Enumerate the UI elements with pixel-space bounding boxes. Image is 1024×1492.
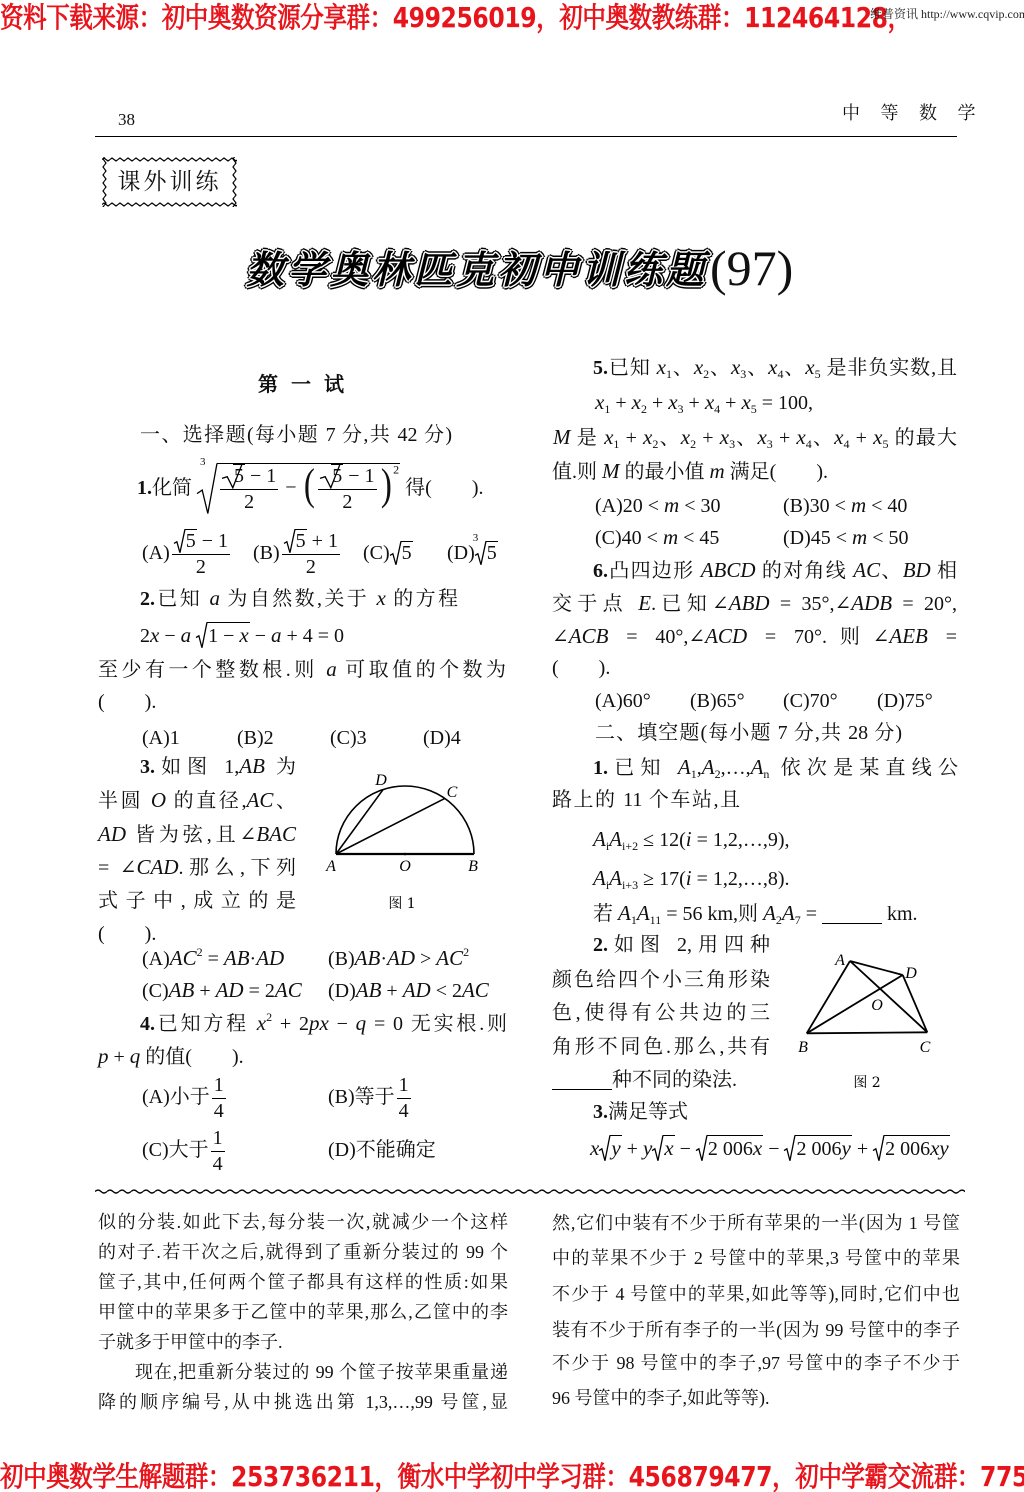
math-variable: AB bbox=[355, 946, 381, 970]
q2-option-a: (A)1 bbox=[142, 726, 180, 750]
text-run: 1 bbox=[399, 1074, 409, 1096]
text-run: ,…, bbox=[721, 757, 751, 779]
continuation-left-line-7: 降的顺序编号,从中挑选出第 1,3,…,99 号筐,显 bbox=[98, 1391, 508, 1413]
q5-line-4: 值.则 M 的最小值 m 满足( ). bbox=[552, 459, 828, 484]
text-run: (C)大于 bbox=[142, 1139, 209, 1161]
text-run: (D)45 < bbox=[783, 527, 852, 549]
text-run: 5 bbox=[402, 542, 412, 564]
text-run: 2 bbox=[342, 491, 352, 513]
label-point-b: B bbox=[468, 858, 478, 875]
text-run: 的直径, bbox=[166, 790, 247, 812]
text-run: 的最小值 bbox=[620, 461, 710, 483]
q3-option-d: (D)AB + AD < 2AC bbox=[328, 978, 489, 1003]
text-run: 2 bbox=[306, 556, 316, 578]
text-run: + 4 = 0 bbox=[282, 625, 345, 647]
journal-title: 中 等 数 学 bbox=[842, 102, 984, 124]
f2-line-3: 色,使得有公共边的三 bbox=[552, 1001, 770, 1025]
text-run: 凸四边形 bbox=[608, 560, 701, 582]
text-run: + bbox=[720, 392, 741, 414]
diagonal-bd bbox=[807, 975, 903, 1033]
math-variable: x bbox=[805, 355, 814, 379]
radicand: 2 006xy bbox=[884, 1135, 950, 1161]
math-variable: x bbox=[741, 390, 750, 414]
math-variable: y bbox=[643, 1136, 652, 1160]
q1-stem: 1.化简 5 − 12 − (5 − 12)23 得( ). bbox=[137, 458, 483, 518]
math-variable: AC bbox=[247, 788, 274, 812]
text-run: 如图 2,用四种 bbox=[608, 934, 770, 956]
fraction: 5 − 12 bbox=[172, 529, 230, 579]
column-tag-label: 课外训练 bbox=[102, 157, 237, 207]
q3-line-5: 式子中,成立的是 bbox=[98, 889, 296, 913]
math-variable: px bbox=[309, 1011, 329, 1035]
text-run: 4 bbox=[214, 1100, 224, 1122]
figure-2-quadrilateral-diagram: A D O B C 图 2 bbox=[790, 945, 950, 1095]
math-variable: BD bbox=[903, 558, 931, 582]
math-variable: A bbox=[618, 901, 631, 925]
math-variable: x bbox=[239, 623, 248, 647]
figure-1-caption: 图 1 bbox=[388, 896, 415, 912]
radical-sign-icon bbox=[696, 1135, 707, 1161]
math-variable: x bbox=[590, 1136, 599, 1160]
item-number: 3. bbox=[593, 1101, 608, 1123]
text-run: = 1,2,…,9), bbox=[692, 829, 790, 851]
text-run: (C) bbox=[363, 542, 390, 564]
math-variable: ADB bbox=[851, 591, 892, 615]
text-run: 、 bbox=[746, 357, 768, 379]
text-run: − 1 bbox=[197, 530, 228, 552]
q4-line-1: 4.已知方程 x2 + 2px − q = 0 无实根.则 bbox=[140, 1011, 507, 1036]
math-variable: A bbox=[609, 827, 622, 851]
text-run: 至少有一个整数根.则 bbox=[98, 659, 326, 681]
q4-line-2: p + q 的值( ). bbox=[98, 1044, 244, 1069]
math-variable: x bbox=[694, 355, 703, 379]
source-stamp: 维普资讯 http://www.cqvip.com bbox=[870, 7, 1024, 21]
text-run: 、 bbox=[709, 357, 731, 379]
text-run: < 50 bbox=[867, 527, 908, 549]
math-variable: AB bbox=[239, 754, 265, 778]
math-variable: AD bbox=[387, 946, 415, 970]
continuation-right-line-3: 不少于 4 号筐中的苹果,如此等等),同时,它们中也 bbox=[552, 1283, 960, 1305]
text-run: − 1 bbox=[245, 465, 276, 487]
math-variable: x bbox=[753, 1136, 762, 1160]
edge-bc bbox=[807, 1032, 928, 1033]
text-run: ≥ 17( bbox=[638, 868, 686, 890]
math-variable: ABD bbox=[729, 591, 770, 615]
center-point-o bbox=[404, 853, 407, 856]
math-variable: AC bbox=[853, 558, 880, 582]
radicand: 2 006y bbox=[795, 1135, 851, 1161]
math-variable: ACD bbox=[705, 624, 747, 648]
continuation-right-line-6: 96 号筐中的李子,如此等等). bbox=[552, 1387, 770, 1409]
text-run: + bbox=[619, 427, 643, 449]
text-run: = 40°,∠ bbox=[608, 626, 705, 648]
text-run: km. bbox=[882, 903, 918, 925]
text-run: 是非负实数,且 bbox=[821, 357, 957, 379]
math-variable: A bbox=[637, 901, 650, 925]
watermark-top-banner: 资料下载来源：初中奥数资源分享群：499256019，初中奥数教练群：11246… bbox=[0, 1, 911, 35]
math-variable: AD bbox=[403, 978, 431, 1002]
item-number: 1. bbox=[137, 477, 152, 499]
q3-line-1: 3.如图 1,AB 为 bbox=[140, 754, 296, 779]
q1-option-d: (D)53 bbox=[447, 523, 498, 583]
f2-line-5: 种不同的染法. bbox=[552, 1068, 737, 1092]
text-run: 的对角线 bbox=[756, 560, 854, 582]
text-run: (C)40 < bbox=[595, 527, 663, 549]
text-run: − bbox=[675, 1138, 696, 1160]
math-variable: xy bbox=[930, 1136, 949, 1160]
text-run: = 0 无实根.则 bbox=[366, 1013, 507, 1035]
radical-sign-icon bbox=[475, 541, 486, 565]
math-variable: A bbox=[751, 755, 764, 779]
text-run: 为自然数,关于 bbox=[220, 588, 376, 610]
math-variable: m bbox=[663, 525, 678, 549]
f3-line-1: 3.满足等式 bbox=[593, 1100, 688, 1124]
q4-option-b: (B)等于14 bbox=[328, 1072, 413, 1123]
math-variable: A bbox=[593, 866, 606, 890]
denominator: 4 bbox=[211, 1152, 225, 1176]
text-run: (D) bbox=[328, 980, 356, 1002]
radical-sign-icon bbox=[197, 463, 217, 514]
q5-line-1: 5.已知 x1、x2、x3、x4、x5 是非负实数,且 bbox=[593, 355, 957, 380]
text-run: 若 bbox=[593, 903, 618, 925]
math-variable: y bbox=[611, 1136, 620, 1160]
text-run: 种不同的染法. bbox=[612, 1069, 737, 1091]
root-index: 3 bbox=[200, 457, 206, 468]
q6-option-d: (D)75° bbox=[877, 689, 933, 713]
f2-line-1: 2.如图 2,用四种 bbox=[593, 933, 770, 957]
radical: 1 − x bbox=[196, 622, 250, 648]
text-run: < 30 bbox=[679, 495, 720, 517]
text-run: 式子中,成立的是 bbox=[98, 890, 296, 912]
text-run: 角形不同色.那么,共有 bbox=[552, 1036, 770, 1058]
math-variable: x bbox=[595, 390, 604, 414]
text-run: < 45 bbox=[678, 527, 719, 549]
math-variable: a bbox=[271, 623, 282, 647]
numerator: 1 bbox=[397, 1074, 411, 1099]
text-run: − bbox=[763, 1138, 784, 1160]
fraction: 5 − 12 bbox=[318, 464, 376, 514]
math-variable: A bbox=[593, 827, 606, 851]
text-run: 交于点 bbox=[552, 593, 638, 615]
radical: 5 bbox=[174, 529, 197, 553]
text-run: 4 bbox=[399, 1100, 409, 1122]
text-run: = bbox=[928, 626, 957, 648]
f1-line-1: 1.已知 A1,A2,…,An 依次是某直线公 bbox=[593, 755, 958, 780]
fraction: 5 − 12 bbox=[220, 464, 278, 514]
q5-line-2: x1 + x2 + x3 + x4 + x5 = 100, bbox=[595, 390, 813, 415]
text-run: (C)70° bbox=[783, 690, 838, 712]
label-point-a: A bbox=[834, 952, 845, 969]
q6-answer-paren: ( ). bbox=[552, 656, 610, 680]
fraction: 5 + 12 bbox=[282, 529, 340, 579]
math-variable: x bbox=[257, 1011, 266, 1035]
radical: 53 bbox=[475, 541, 498, 565]
subscript: 11 bbox=[650, 913, 662, 927]
fraction: 14 bbox=[212, 1074, 226, 1123]
q5-option-c: (C)40 < m < 45 bbox=[595, 525, 719, 550]
radical-sign-icon bbox=[784, 1135, 795, 1161]
superscript: 2 bbox=[463, 945, 469, 959]
text-run: 的方程 bbox=[386, 588, 458, 610]
denominator: 4 bbox=[397, 1099, 411, 1123]
text-run: 、 bbox=[783, 357, 805, 379]
round-heading: 第 一 试 bbox=[258, 372, 344, 396]
text-run: 、 bbox=[672, 357, 694, 379]
item-number: 1. bbox=[593, 757, 608, 779]
math-variable: x bbox=[632, 390, 641, 414]
text-run: 4 bbox=[213, 1153, 223, 1175]
header-rule bbox=[95, 136, 957, 137]
multiple-choice-heading: 一、选择题(每小题 7 分,共 42 分) bbox=[140, 423, 452, 447]
continuation-right-line-2: 中的苹果不少于 2 号筐中的苹果,3 号筐中的苹果 bbox=[552, 1247, 960, 1269]
f1-condition-2: AiAi+3 ≥ 17(i = 1,2,…,8). bbox=[593, 866, 790, 891]
text-run: 可取值的个数为 bbox=[337, 659, 506, 681]
radicand: 5 bbox=[401, 541, 413, 565]
continuation-left-line-6: 现在,把重新分装过的 99 个筐子按苹果重量递 bbox=[135, 1361, 508, 1383]
f2-line-4: 角形不同色.那么,共有 bbox=[552, 1035, 770, 1059]
text-run: 如图 1, bbox=[155, 756, 239, 778]
numerator: 5 − 1 bbox=[172, 529, 230, 555]
math-variable: x bbox=[643, 425, 652, 449]
label-point-o: O bbox=[871, 997, 883, 1014]
text-run: + bbox=[684, 392, 705, 414]
text-run: = 100, bbox=[757, 392, 813, 414]
radical: x bbox=[652, 1135, 674, 1161]
math-variable: ABCD bbox=[701, 558, 756, 582]
radical-sign-icon bbox=[652, 1135, 663, 1161]
text-run: ( ). bbox=[98, 923, 156, 945]
text-run: = bbox=[203, 948, 224, 970]
radicand: 5 − 12 − (5 − 12)2 bbox=[217, 463, 400, 514]
text-run: 1 − bbox=[208, 625, 239, 647]
text-run: = bbox=[801, 903, 822, 925]
numerator: 5 + 1 bbox=[282, 529, 340, 555]
text-run: 已知方程 bbox=[155, 1013, 257, 1035]
text-run: (C)3 bbox=[330, 727, 367, 749]
text-run: ∠ bbox=[552, 626, 569, 648]
q3-line-3: AD 皆为弦,且∠BAC bbox=[98, 822, 296, 847]
text-run: 5 bbox=[487, 542, 497, 564]
q5-line-3: M 是 x1 + x2、x2 + x3、x3 + x4、x4 + x5 的最大 bbox=[553, 425, 957, 450]
text-run: (A) bbox=[142, 948, 170, 970]
q6-option-b: (B)65° bbox=[690, 689, 745, 713]
text-run: (A)1 bbox=[142, 727, 180, 749]
text-run: (D)4 bbox=[423, 727, 461, 749]
text-run: (A)20 < bbox=[595, 495, 664, 517]
label-point-o: O bbox=[399, 858, 411, 875]
numerator: 1 bbox=[212, 1074, 226, 1099]
math-variable: AD bbox=[216, 978, 244, 1002]
radical-sign-icon bbox=[222, 464, 242, 488]
f2-line-2: 颜色给四个小三角形染 bbox=[552, 968, 770, 992]
article-issue-number: (97) bbox=[710, 240, 793, 296]
math-variable: x bbox=[720, 425, 729, 449]
math-variable: A bbox=[702, 755, 715, 779]
text-run: + bbox=[194, 980, 215, 1002]
text-run: ( ). bbox=[552, 657, 610, 679]
radical: 5 bbox=[390, 541, 413, 565]
math-variable: AD bbox=[98, 822, 126, 846]
text-run: + bbox=[849, 427, 873, 449]
answer-blank bbox=[822, 905, 882, 924]
label-point-c: C bbox=[447, 784, 458, 801]
text-run: + bbox=[109, 1046, 130, 1068]
item-number: 2. bbox=[140, 588, 155, 610]
text-run: 2 006 bbox=[796, 1138, 841, 1160]
text-run: 2 bbox=[196, 556, 206, 578]
text-run: (C) bbox=[142, 980, 169, 1002]
text-run: > bbox=[415, 948, 436, 970]
radical-sign-icon bbox=[390, 541, 401, 565]
text-run: (B)30 < bbox=[783, 495, 851, 517]
text-run: 的最大 bbox=[888, 427, 957, 449]
math-variable: x bbox=[657, 355, 666, 379]
math-variable: q bbox=[356, 1011, 367, 1035]
denominator: 4 bbox=[212, 1099, 226, 1123]
text-run: (B) bbox=[328, 948, 355, 970]
text-run: + bbox=[622, 1138, 643, 1160]
edge-ab bbox=[807, 961, 850, 1033]
q1-option-b: (B)5 + 12 bbox=[253, 523, 342, 583]
text-run: 2 bbox=[244, 491, 254, 513]
math-variable: A bbox=[678, 755, 691, 779]
text-run: 色,使得有公共边的三 bbox=[552, 1002, 770, 1024]
item-number: 3. bbox=[140, 756, 155, 778]
fraction: 14 bbox=[397, 1074, 411, 1123]
text-run: 已知 bbox=[608, 357, 657, 379]
section-divider-wavy-rule bbox=[95, 1188, 965, 1195]
q1-option-c: (C)5 bbox=[363, 523, 413, 583]
math-variable: a bbox=[326, 657, 337, 681]
text-run: 、 bbox=[273, 790, 296, 812]
math-variable: p bbox=[98, 1044, 109, 1068]
text-run: 皆为弦,且∠ bbox=[126, 824, 256, 846]
text-run: .那么,下列 bbox=[179, 857, 296, 879]
text-run: 化简 bbox=[152, 477, 197, 499]
text-run: 为 bbox=[265, 756, 296, 778]
math-variable: m bbox=[851, 493, 866, 517]
q6-option-c: (C)70° bbox=[783, 689, 838, 713]
math-variable: x bbox=[377, 586, 386, 610]
label-point-d: D bbox=[904, 965, 917, 982]
text-run: (B)等于 bbox=[328, 1086, 395, 1108]
denominator: 2 bbox=[282, 555, 340, 579]
q2-line-2: 至少有一个整数根.则 a 可取值的个数为 bbox=[98, 657, 506, 682]
text-run: 2 bbox=[140, 625, 150, 647]
q1-option-a: (A)5 − 12 bbox=[142, 523, 232, 583]
text-run: < 40 bbox=[866, 495, 907, 517]
math-variable: AC bbox=[436, 946, 463, 970]
radical: 5 − 12 − (5 − 12)23 bbox=[197, 463, 400, 514]
text-run: < 2 bbox=[431, 980, 462, 1002]
text-run: = 2 bbox=[244, 980, 275, 1002]
continuation-right-line-1: 然,它们中装有不少于所有苹果的一半(因为 1 号筐 bbox=[552, 1212, 960, 1234]
q4-option-c: (C)大于14 bbox=[142, 1125, 227, 1176]
radical: 2 006y bbox=[784, 1135, 851, 1161]
text-run: 、 bbox=[735, 427, 757, 449]
math-variable: y bbox=[841, 1136, 850, 1160]
fraction: 14 bbox=[211, 1127, 225, 1176]
q3-option-a: (A)AC2 = AB·AD bbox=[142, 946, 284, 971]
radicand: 2 006x bbox=[707, 1135, 763, 1161]
text-run: = 70°.则∠ bbox=[747, 626, 889, 648]
text-run: 路上的 11 个车站,且 bbox=[552, 789, 740, 811]
text-run: 值.则 bbox=[552, 461, 602, 483]
subscript: i+3 bbox=[622, 878, 638, 892]
text-run: 、 bbox=[880, 560, 903, 582]
text-run: 已知 bbox=[155, 588, 210, 610]
edge-dc bbox=[903, 975, 928, 1032]
column-tag-box: 课外训练 bbox=[102, 157, 237, 207]
math-variable: M bbox=[602, 459, 620, 483]
article-title-text: 数学奥林匹克初中训练题 bbox=[246, 247, 708, 292]
q3-line-4: = ∠CAD.那么,下列 bbox=[98, 855, 296, 880]
q3-option-b: (B)AB·AD > AC2 bbox=[328, 946, 469, 971]
radical-sign-icon bbox=[599, 1135, 610, 1161]
math-variable: A bbox=[609, 866, 622, 890]
text-run: 已知 bbox=[608, 757, 678, 779]
text-run: (A)60° bbox=[595, 690, 651, 712]
math-variable: ACB bbox=[569, 624, 609, 648]
continuation-left-line-4: 甲筐中的苹果多于乙筐中的苹果,那么,乙筐中的李 bbox=[98, 1301, 508, 1323]
text-run: .已知∠ bbox=[651, 593, 729, 615]
text-run: 颜色给四个小三角形染 bbox=[552, 969, 770, 991]
radical: 5 bbox=[284, 529, 307, 553]
q6-line-2: 交于点 E.已知∠ABD = 35°,∠ADB = 20°, bbox=[552, 591, 957, 616]
q5-option-d: (D)45 < m < 50 bbox=[783, 525, 909, 550]
superscript: 2 bbox=[393, 463, 399, 477]
math-variable: q bbox=[130, 1044, 141, 1068]
text-run: = 20°, bbox=[892, 593, 957, 615]
text-run: 1 bbox=[213, 1127, 223, 1149]
radicand: 5 bbox=[185, 529, 197, 553]
radical-sign-icon bbox=[196, 622, 207, 648]
q3-option-c: (C)AB + AD = 2AC bbox=[142, 978, 302, 1003]
math-variable: x bbox=[668, 390, 677, 414]
text-run: − bbox=[159, 625, 180, 647]
answer-blank bbox=[552, 1071, 612, 1090]
text-run: 半圆 bbox=[98, 790, 151, 812]
f1-question: 若 A1A11 = 56 km,则 A2A7 = km. bbox=[593, 901, 918, 926]
label-point-a: A bbox=[325, 858, 336, 875]
math-variable: AB bbox=[356, 978, 382, 1002]
math-variable: A bbox=[782, 901, 795, 925]
math-variable: m bbox=[664, 493, 679, 517]
q6-line-3: ∠ACB = 40°,∠ACD = 70°.则∠AEB = bbox=[552, 624, 957, 649]
math-variable: x bbox=[150, 623, 159, 647]
text-run: 满足( ). bbox=[725, 461, 828, 483]
math-variable: AC bbox=[462, 978, 489, 1002]
q5-option-b: (B)30 < m < 40 bbox=[783, 493, 907, 518]
q3-line-2: 半圆 O 的直径,AC、 bbox=[98, 788, 296, 813]
item-number: 6. bbox=[593, 560, 608, 582]
denominator: 2 bbox=[318, 490, 376, 514]
text-run: + bbox=[773, 427, 797, 449]
radical: 5 bbox=[320, 464, 343, 488]
math-variable: BAC bbox=[256, 822, 296, 846]
math-variable: AD bbox=[256, 946, 284, 970]
text-run: + 2 bbox=[272, 1013, 309, 1035]
q4-option-d: (D)不能确定 bbox=[328, 1125, 436, 1175]
chord-ad bbox=[336, 789, 383, 854]
q6-option-a: (A)60° bbox=[595, 689, 651, 713]
radicand: 5 bbox=[295, 529, 307, 553]
text-run: (B)65° bbox=[690, 690, 745, 712]
radical-sign-icon bbox=[320, 464, 340, 488]
q6-line-1: 6.凸四边形 ABCD 的对角线 AC、BD 相 bbox=[593, 558, 957, 583]
text-run: 的值( ). bbox=[140, 1046, 243, 1068]
radicand: 1 − x bbox=[207, 622, 250, 648]
